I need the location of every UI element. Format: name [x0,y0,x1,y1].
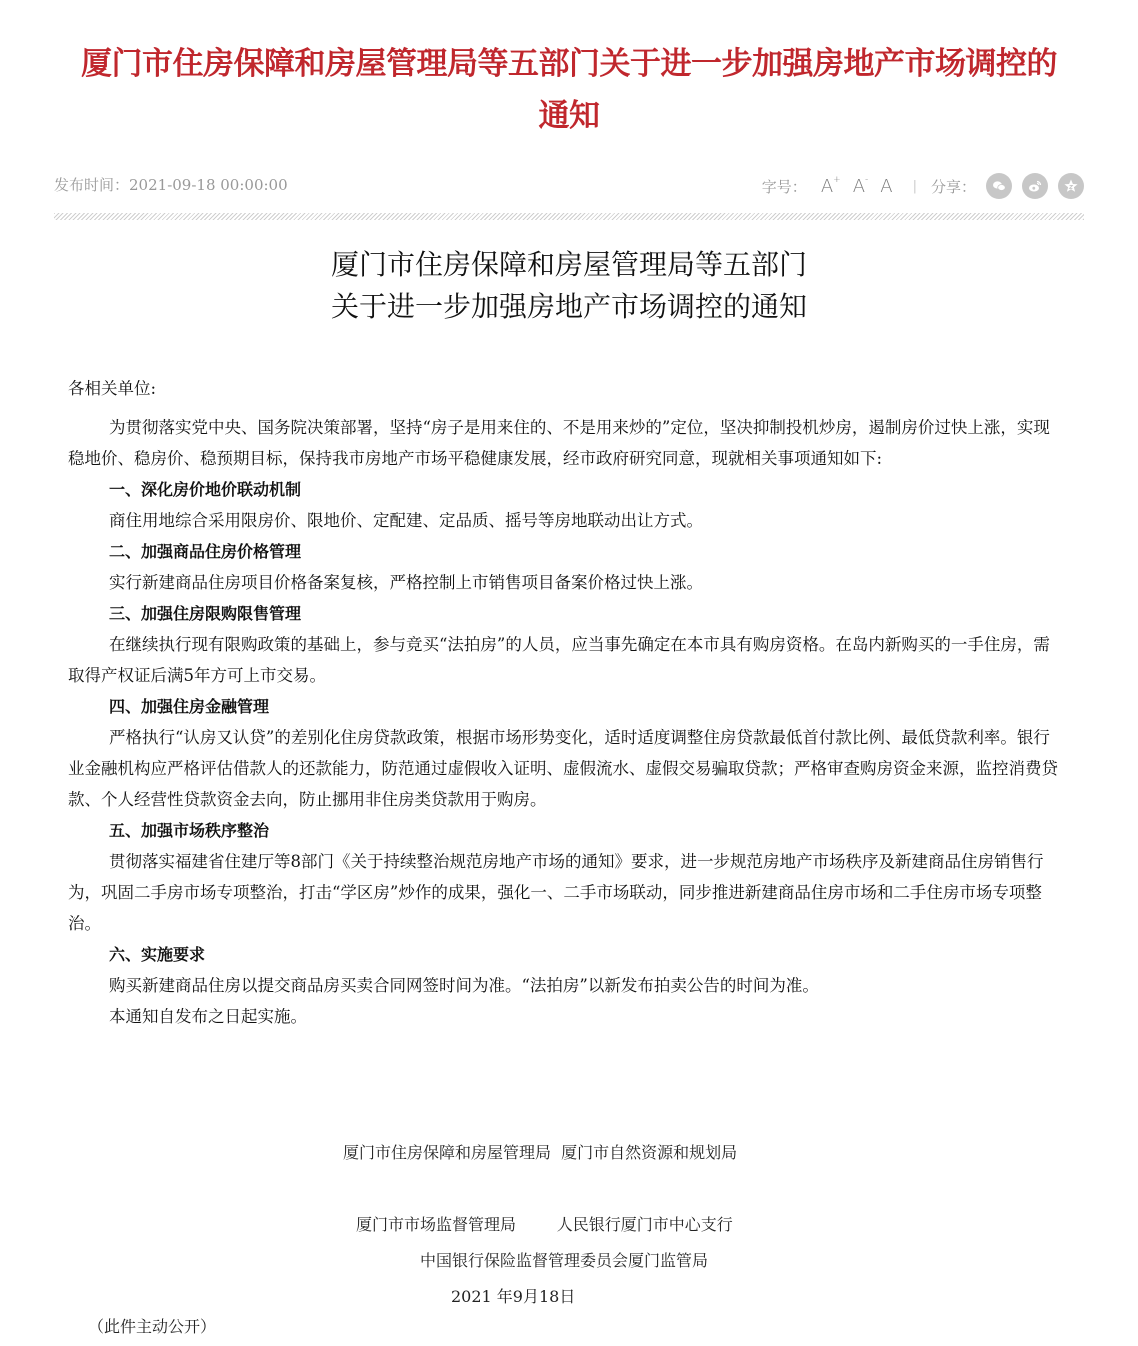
section-text-2: 实行新建商品住房项目价格备案复核，严格控制上市销售项目备案价格过快上涨。 [68,567,1058,598]
intro-paragraph: 为贯彻落实党中央、国务院决策部署，坚持“房子是用来住的、不是用来炒的”定位，坚决… [68,412,1058,474]
signatory-line-3: 中国银行保险监督管理委员会厦门监管局 [420,1248,708,1271]
font-increase-icon: A [821,176,833,197]
section-heading-2: 二、加强商品住房价格管理 [68,536,1058,567]
weibo-icon [1027,178,1043,194]
font-decrease-icon: A [853,176,865,197]
hatched-divider [54,213,1084,220]
wechat-icon [991,178,1007,194]
section-heading-3: 三、加强住房限购限售管理 [68,598,1058,629]
publish-time: 发布时间：2021-09-18 00:00:00 [54,174,288,195]
section-text-5: 贯彻落实福建省住建厅等8部门《关于持续整治规范房地产市场的通知》要求，进一步规范… [68,846,1058,939]
document-title-line-2: 关于进一步加强房地产市场调控的通知 [0,286,1138,328]
font-increase-button[interactable]: A+ [821,176,841,197]
article-meta-bar: 发布时间：2021-09-18 00:00:00 字号： A+ A- A | 分… [54,172,1084,200]
share-wechat-button[interactable] [986,173,1012,199]
share-favorite-button[interactable] [1058,173,1084,199]
document-title-line-1: 厦门市住房保障和房屋管理局等五部门 [0,244,1138,286]
section-heading-1: 一、深化房价地价联动机制 [68,474,1058,505]
page-title: 厦门市住房保障和房屋管理局等五部门关于进一步加强房地产市场调控的 通知 [40,38,1098,142]
article-tools: 字号： A+ A- A | 分享： [762,172,1084,200]
section-heading-5: 五、加强市场秩序整治 [68,815,1058,846]
plus-sign: + [833,175,841,185]
publish-time-label: 发布时间： [54,176,129,194]
signatory-line-2: 厦门市市场监督管理局 人民银行厦门市中心支行 [356,1212,733,1235]
document-title: 厦门市住房保障和房屋管理局等五部门 关于进一步加强房地产市场调控的通知 [0,244,1138,328]
section-heading-4: 四、加强住房金融管理 [68,691,1058,722]
minus-sign: - [865,175,868,185]
page-title-line-1: 厦门市住房保障和房屋管理局等五部门关于进一步加强房地产市场调控的 [40,38,1098,90]
signing-date: 2021 年9月18日 [451,1284,575,1307]
signatory-line-1: 厦门市住房保障和房屋管理局 厦门市自然资源和规划局 [343,1140,737,1163]
favorite-star-icon [1063,178,1079,194]
font-reset-icon: A [880,176,892,197]
page-title-line-2: 通知 [40,90,1098,142]
publish-time-value: 2021-09-18 00:00:00 [129,176,288,194]
salutation: 各相关单位: [68,373,1058,404]
font-reset-button[interactable]: A [880,176,892,197]
section-text-1: 商住用地综合采用限房价、限地价、定配建、定品质、摇号等房地联动出让方式。 [68,505,1058,536]
font-size-label: 字号： [762,176,807,197]
section-text-6: 购买新建商品住房以提交商品房买卖合同网签时间为准。“法拍房”以新发布拍卖公告的时… [68,970,1058,1001]
section-heading-6: 六、实施要求 [68,939,1058,970]
document-body: 各相关单位: 为贯彻落实党中央、国务院决策部署，坚持“房子是用来住的、不是用来炒… [68,373,1058,1032]
section-text-4: 严格执行“认房又认贷”的差别化住房贷款政策，根据市场形势变化，适时适度调整住房贷… [68,722,1058,815]
disclosure-note: （此件主动公开） [88,1314,216,1337]
font-decrease-button[interactable]: A- [853,176,869,197]
closing-statement: 本通知自发布之日起实施。 [68,1001,1058,1032]
section-text-3: 在继续执行现有限购政策的基础上，参与竞买“法拍房”的人员，应当事先确定在本市具有… [68,629,1058,691]
share-weibo-button[interactable] [1022,173,1048,199]
share-label: 分享： [931,176,976,197]
divider: | [913,179,917,194]
